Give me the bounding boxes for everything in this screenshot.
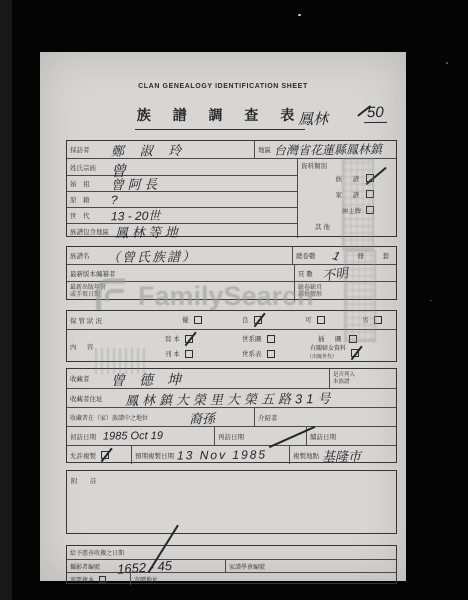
charity-receipt-date-label: 給予慈善收據之日期 (67, 548, 127, 557)
content-women-data: 有關婦女資料 (307, 346, 349, 353)
content-illustrations: 插 圖 (315, 334, 347, 343)
category-other: 其他 (298, 218, 396, 234)
introducer-label: 介紹者 (255, 413, 281, 422)
owner-position-label: 收藏者在（家）族譜中之地位 (67, 413, 189, 422)
category-title: 資料類別 (298, 159, 396, 170)
content-women-data-sub: （出嫁世代） (307, 353, 349, 360)
copy-place-label: 複製地點 (290, 451, 322, 460)
volume-unit-tao: 套 (381, 251, 390, 260)
content-manuscript: 寫 本 (162, 334, 183, 343)
dust-speck (430, 300, 432, 301)
genealogy-title-table: 族譜名 （曾氏族譜） 總卷數 1 冊 套 最新版本編纂者 頁 數 不明 最新出版… (66, 246, 397, 300)
genealogy-name-value: （曾氏族譜） (107, 245, 292, 266)
check-mark (351, 346, 363, 360)
condition-fair: 可 (302, 315, 315, 324)
owner-address-label: 收藏者住址 (67, 394, 125, 403)
surveyor-label: 採訪者 (67, 145, 111, 154)
mailing-address-label: 寄贈地址 (131, 575, 161, 584)
condition-excellent: 優 (179, 315, 192, 324)
english-title: CLAN GENEALOGY IDENTIFICATION SHEET (40, 83, 406, 90)
check-mark (101, 448, 113, 462)
category-tablet: 神主牌 (298, 202, 396, 218)
identification-table: 採訪者 鄭 淑 玲 地區 台灣省花蓮縣鳳林鎮 姓氏宗族 曾 始 祖 曾 阿 長 … (66, 140, 397, 237)
copy-permission-label: 允許複製 (67, 451, 99, 460)
zupu-checkbox (366, 174, 374, 182)
first-visit-value: 1985 Oct 19 (103, 429, 214, 442)
category-zupu: 族 譜 (298, 170, 396, 186)
volumes-label: 總卷數 (295, 251, 317, 260)
coverage-label: 族譜包含地區 (67, 227, 115, 236)
dust-speck (298, 14, 301, 16)
category-jiapu: 家 譜 (298, 186, 396, 202)
volumes-value: 1 (331, 248, 342, 263)
publication-year-label-line2: 或手寫日期 (67, 292, 294, 299)
owner-position-value: 裔孫 (189, 407, 254, 427)
remarks-label: 附 註 (67, 471, 396, 490)
pages-label: 頁 數 (295, 269, 316, 278)
owner-table: 收藏者 曾 德 坤 是否列入 本族譜 收藏者住址 鳳林鎮大榮里大榮五路31号 收… (66, 368, 397, 463)
society-number-label: 家譜學會編號 (226, 562, 268, 571)
condition-label: 保管狀況 (67, 316, 137, 325)
copy-place-value: 基隆市 (322, 445, 361, 464)
condition-poor: 劣 (359, 315, 372, 324)
document-page: CLAN GENEALOGY IDENTIFICATION SHEET 族 譜 … (40, 52, 406, 581)
dust-speck (446, 62, 448, 64)
origin-value: ? (111, 192, 118, 206)
small-faint-stamp (95, 348, 147, 374)
expected-copy-date-value: 13 Nov 1985 (177, 448, 267, 463)
compiler-label: 最新版本編纂者 (67, 269, 294, 278)
second-visit-label: 再訪日期 (215, 432, 247, 441)
first-ancestor-value: 曾 阿 長 (111, 174, 157, 193)
generations-label: 世 代 (67, 211, 111, 220)
remarks-box: 附 註 (66, 470, 397, 534)
missing-volumes-label-line1: 缺卷缺頁 (295, 285, 325, 292)
condition-good: 良 (239, 315, 252, 324)
numbering-table: 給予慈善收據之日期 攝影者編號 1652 - 45 家譜學會編號 需要複本 寄贈… (66, 545, 397, 584)
third-visit-label: 續訪日期 (307, 432, 339, 441)
expected-copy-date-label: 預期複製日期 (132, 451, 177, 460)
owner-address-value: 鳳林鎮大榮里大榮五路31号 (125, 387, 335, 408)
listed-in-genealogy-line1: 是否列入 (330, 372, 358, 379)
owner-label: 收藏者 (67, 374, 111, 383)
page-number-annotation: 鳳林 50 (298, 108, 328, 129)
volume-unit-ce: 冊 (356, 251, 365, 260)
clan-label: 姓氏宗族 (67, 163, 111, 172)
area-label: 地區 (255, 145, 274, 154)
content-lineage-chart: 世系圖 (239, 334, 265, 343)
origin-label: 原 籍 (67, 195, 111, 204)
jiapu-checkbox (366, 190, 374, 198)
check-mark (184, 331, 196, 345)
location-note: 鳳林 (298, 111, 328, 128)
check-mark (366, 167, 387, 185)
surveyor-value: 鄭 淑 玲 (111, 139, 254, 159)
area-value: 台灣省花蓮縣鳳林鎮 (274, 140, 382, 158)
page-number: 50 (364, 104, 387, 123)
copy-request-label: 需要複本 (67, 575, 97, 584)
pages-value: 不明 (321, 262, 349, 284)
missing-volumes-label-line2: 部份情形 (295, 292, 325, 299)
tablet-checkbox (366, 206, 374, 214)
first-visit-label: 初訪日期 (67, 432, 103, 441)
check-mark (253, 312, 265, 326)
publication-year-label-line1: 最新出版年份 (67, 285, 294, 292)
photographer-number-label: 攝影者編號 (67, 562, 117, 571)
first-ancestor-label: 始 祖 (67, 179, 111, 188)
coverage-value: 鳳 林 等 地 (115, 222, 178, 242)
content-lineage-table: 世系表 (239, 349, 265, 358)
listed-in-genealogy-line2: 本族譜 (330, 379, 353, 386)
film-edge (0, 0, 12, 600)
chinese-title: 族 譜 調 查 表 (135, 105, 305, 130)
genealogy-name-label: 族譜名 (67, 251, 107, 260)
content-printed: 刊 本 (162, 349, 183, 358)
